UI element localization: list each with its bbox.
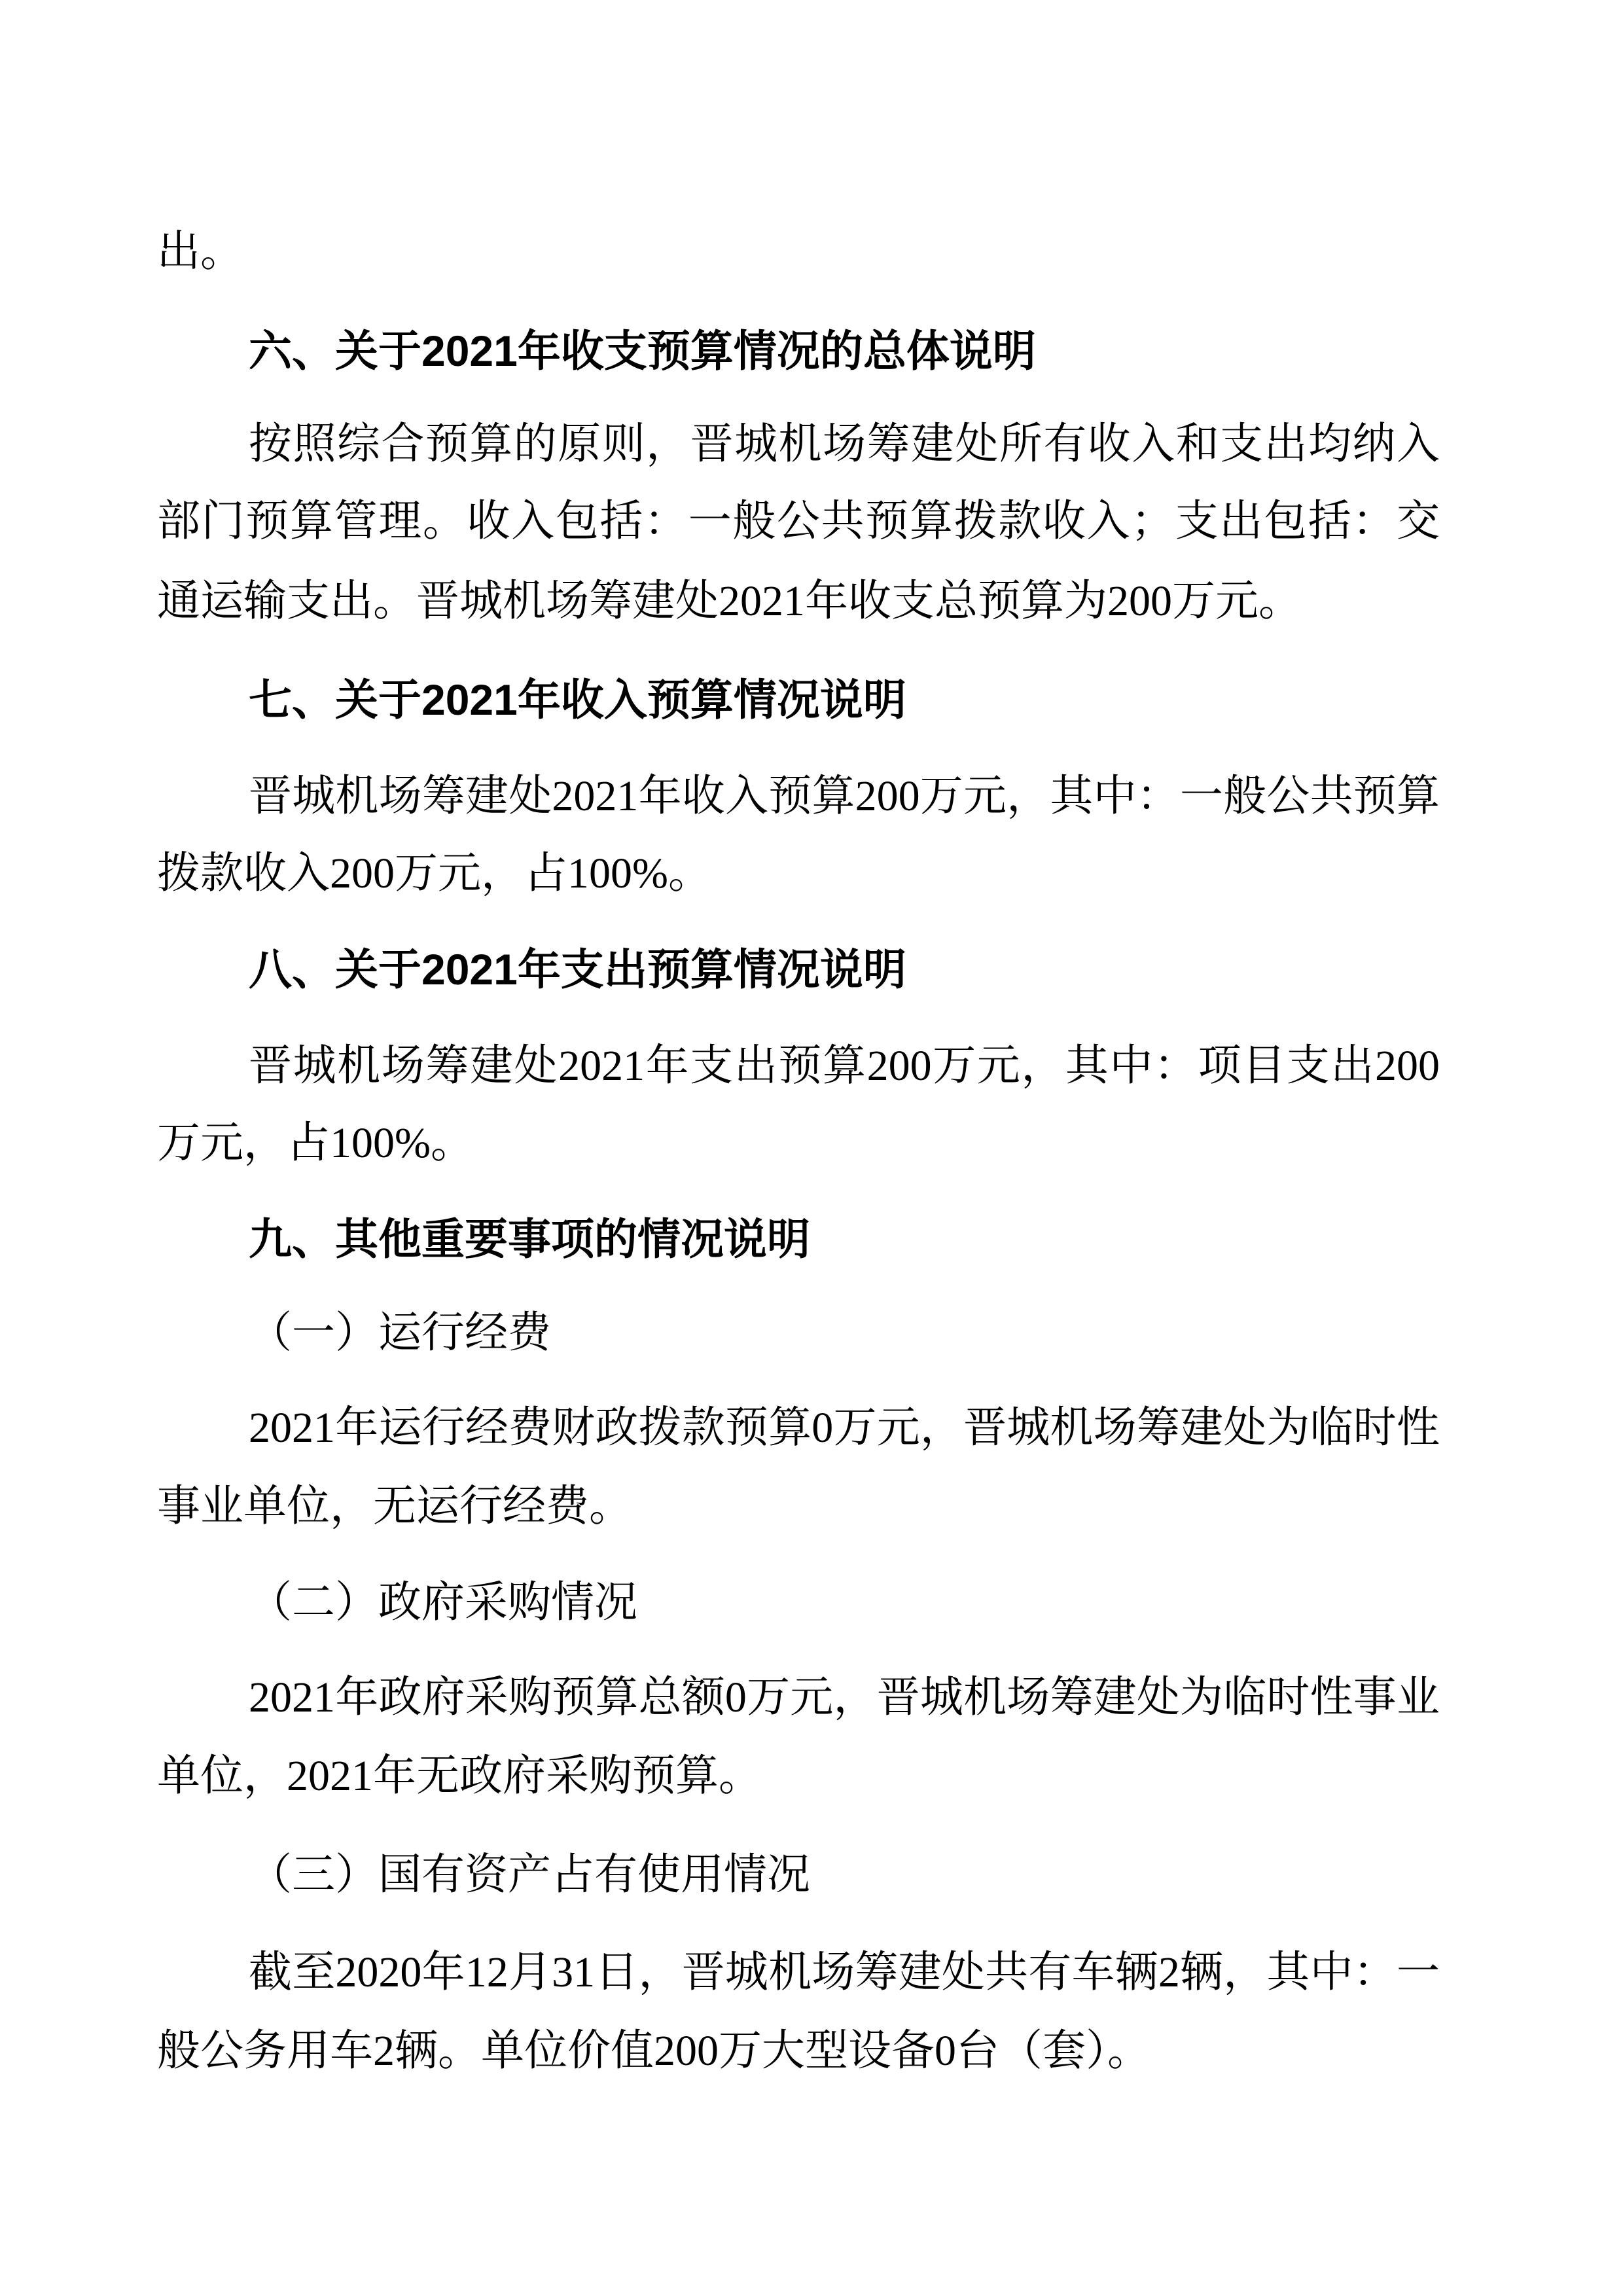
paragraph-line: 部门预算管理。收入包括：一般公共预算拨款收入；支出包括：交 xyxy=(157,498,1440,545)
document-page: 出。 六、关于2021年收支预算情况的总体说明 按照综合预算的原则，晋城机场筹建… xyxy=(0,0,1623,2296)
paragraph-line: 截至2020年12月31日，晋城机场筹建处共有车辆2辆，其中：一 xyxy=(249,1949,1440,1996)
paragraph-continuation-line: 出。 xyxy=(157,228,1440,275)
paragraph-line: 2021年政府采购预算总额0万元，晋城机场筹建处为临时性事业 xyxy=(249,1674,1440,1721)
paragraph-line: 单位，2021年无政府采购预算。 xyxy=(157,1753,1440,1799)
paragraph-line: 般公务用车2辆。单位价值200万大型设备0台（套）。 xyxy=(157,2028,1440,2074)
paragraph-line: 万元，占100%。 xyxy=(157,1120,1440,1166)
paragraph-line: 按照综合预算的原则，晋城机场筹建处所有收入和支出均纳入 xyxy=(249,421,1440,467)
subsection-heading-2: （二）政府采购情况 xyxy=(249,1579,1440,1626)
paragraph-line: 晋城机场筹建处2021年收入预算200万元，其中：一般公共预算 xyxy=(249,773,1440,819)
subsection-heading-3: （三）国有资产占有使用情况 xyxy=(249,1852,1440,1898)
subsection-heading-1: （一）运行经费 xyxy=(249,1310,1440,1356)
section-heading-9: 九、其他重要事项的情况说明 xyxy=(249,1216,1440,1263)
section-heading-8: 八、关于2021年支出预算情况说明 xyxy=(249,946,1440,993)
section-heading-7: 七、关于2021年收入预算情况说明 xyxy=(249,677,1440,723)
paragraph-line: 晋城机场筹建处2021年支出预算200万元，其中：项目支出200 xyxy=(249,1043,1440,1089)
paragraph-line: 2021年运行经费财政拨款预算0万元，晋城机场筹建处为临时性 xyxy=(249,1405,1440,1451)
paragraph-line: 事业单位，无运行经费。 xyxy=(157,1483,1440,1530)
paragraph-line: 通运输支出。晋城机场筹建处2021年收支总预算为200万元。 xyxy=(157,578,1440,624)
section-heading-6: 六、关于2021年收支预算情况的总体说明 xyxy=(249,328,1440,374)
paragraph-line: 拨款收入200万元，占100%。 xyxy=(157,850,1440,897)
